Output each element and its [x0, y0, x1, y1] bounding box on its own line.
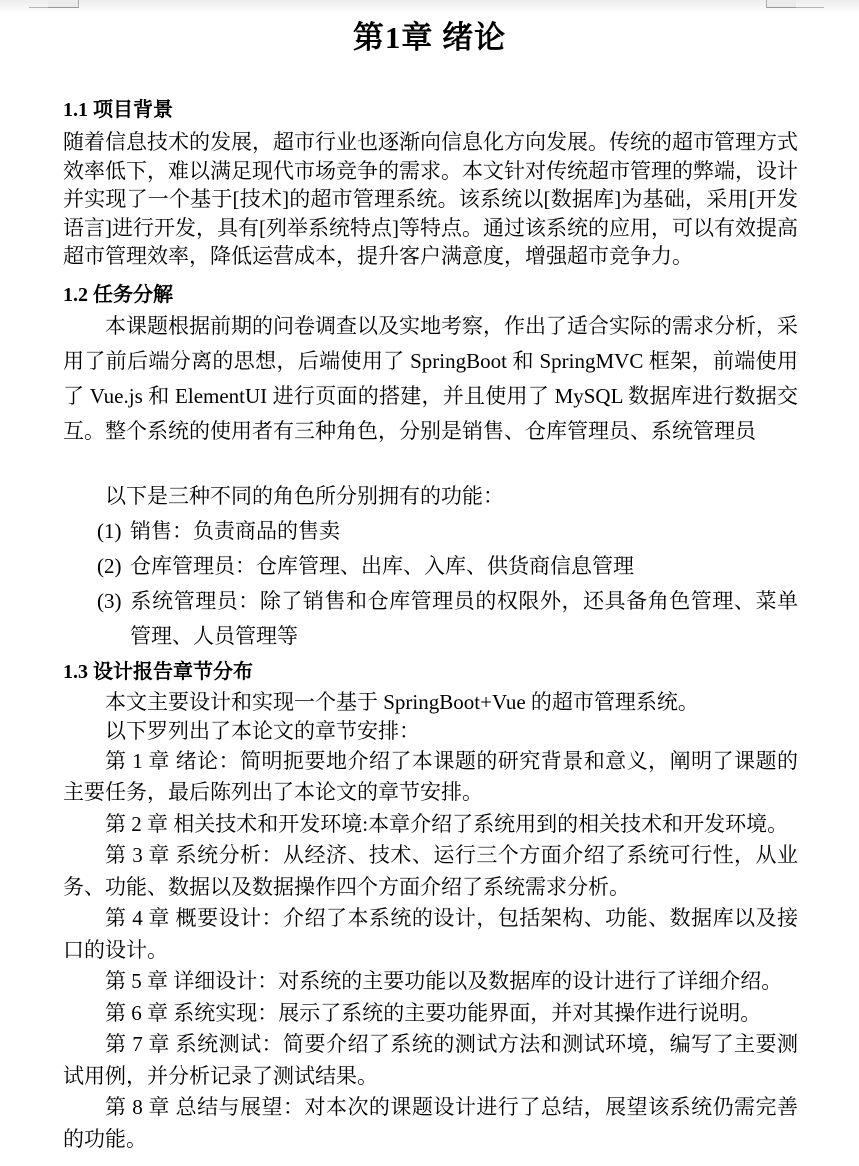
chapter-summary-3: 第 3 章 系统分析：从经济、技术、运行三个方面介绍了系统可行性，从业务、功能、…: [63, 840, 798, 903]
ruler-indent-marker-right[interactable]: [766, 0, 796, 8]
section-heading-1-1: 1.1 项目背景: [63, 96, 798, 124]
section-1-3-intro-2: 以下罗列出了本论文的章节安排：: [63, 717, 798, 746]
chapter-title: 第1章 绪论: [0, 18, 859, 58]
ruler-indent-marker-left[interactable]: [48, 0, 79, 8]
roles-intro: 以下是三种不同的角色所分别拥有的功能：: [63, 479, 798, 514]
window-chrome-shadow: [0, 0, 859, 14]
chapter-summary-2: 第 2 章 相关技术和开发环境:本章介绍了系统用到的相关技术和开发环境。: [63, 809, 798, 841]
role-list-item: (2)仓库管理员：仓库管理、出库、入库、供货商信息管理: [63, 549, 798, 584]
chapter-summary-6: 第 6 章 系统实现：展示了系统的主要功能界面，并对其操作进行说明。: [63, 998, 798, 1030]
role-list-item: (3)系统管理员：除了销售和仓库管理员的权限外，还具备角色管理、菜单管理、人员管…: [63, 584, 798, 654]
chapter-summary-7: 第 7 章 系统测试：简要介绍了系统的测试方法和测试环境，编写了主要测试用例，并…: [63, 1029, 798, 1092]
page-content: 1.1 项目背景 随着信息技术的发展，超市行业也逐渐向信息化方向发展。传统的超市…: [63, 96, 798, 1155]
role-number: (3): [97, 584, 130, 619]
role-text: 系统管理员：除了销售和仓库管理员的权限外，还具备角色管理、菜单管理、人员管理等: [130, 589, 798, 648]
ruler-edge-line-left: [29, 7, 49, 8]
role-number: (1): [97, 514, 130, 549]
role-list-item: (1)销售：负责商品的售卖: [63, 514, 798, 549]
role-text: 销售：负责商品的售卖: [130, 519, 340, 543]
section-1-1-paragraph: 随着信息技术的发展，超市行业也逐渐向信息化方向发展。传统的超市管理方式效率低下，…: [63, 128, 798, 271]
chapter-summary-1: 第 1 章 绪论：简明扼要地介绍了本课题的研究背景和意义，阐明了课题的主要任务，…: [63, 746, 798, 809]
chapter-summary-5: 第 5 章 详细设计：对系统的主要功能以及数据库的设计进行了详细介绍。: [63, 966, 798, 998]
role-number: (2): [97, 549, 130, 584]
document-page: 第1章 绪论 1.1 项目背景 随着信息技术的发展，超市行业也逐渐向信息化方向发…: [0, 18, 859, 1155]
chapter-summary-4: 第 4 章 概要设计：介绍了本系统的设计，包括架构、功能、数据库以及接口的设计。: [63, 903, 798, 966]
section-1-3-intro-1: 本文主要设计和实现一个基于 SpringBoot+Vue 的超市管理系统。: [63, 688, 798, 717]
ruler-edge-line-right: [796, 7, 824, 8]
section-heading-1-3: 1.3 设计报告章节分布: [63, 658, 798, 686]
role-text: 仓库管理员：仓库管理、出库、入库、供货商信息管理: [130, 554, 634, 578]
chapter-summary-8: 第 8 章 总结与展望：对本次的课题设计进行了总结，展望该系统仍需完善的功能。: [63, 1092, 798, 1155]
section-heading-1-2: 1.2 任务分解: [63, 281, 798, 309]
section-1-2-paragraph: 本课题根据前期的问卷调查以及实地考察，作出了适合实际的需求分析，采用了前后端分离…: [63, 309, 798, 449]
